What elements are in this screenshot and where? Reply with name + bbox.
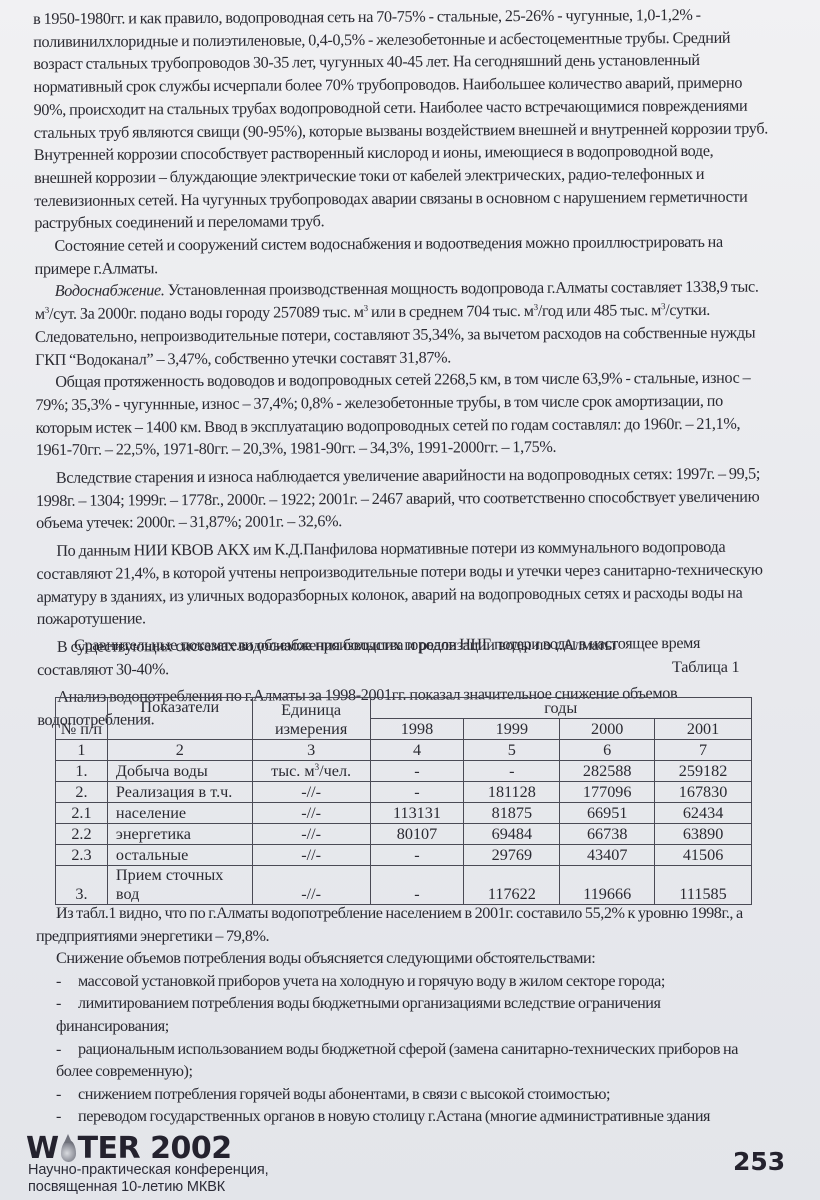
water-2002-logo: WTER 2002 [26, 1134, 232, 1164]
table-row: 2.2энергетика-//-80107694846673863890 [56, 824, 752, 845]
header-num: № п/п [56, 698, 108, 740]
list-item: -массовой установкой приборов учета на х… [36, 970, 776, 993]
after-table-text: Из табл.1 видно, что по г.Алматы водопот… [36, 902, 776, 1128]
paragraph-table-conclusion: Из табл.1 видно, что по г.Алматы водопот… [36, 902, 776, 947]
paragraph-water-supply: Водоснабжение. Установленная производств… [35, 276, 776, 371]
paragraph-reasons-intro: Снижение объемов потребления воды объясн… [36, 947, 776, 970]
page-number: 253 [733, 1147, 785, 1176]
list-item: -лимитированием потребления воды бюджетн… [36, 992, 776, 1037]
table-caption: Сравнительные показатели объемов произво… [74, 636, 615, 655]
header-year: 1998 [370, 719, 464, 740]
water-supply-label: Водоснабжение. [55, 282, 165, 301]
conference-subtitle: Научно-практическая конференция, посвяще… [28, 1162, 269, 1196]
document-page: в 1950-1980гг. и как правило, водопровод… [0, 0, 820, 1200]
list-item: -переводом государственных органов в нов… [36, 1105, 776, 1128]
table-number: Таблица 1 [672, 658, 739, 677]
header-year: 2001 [655, 719, 752, 740]
data-table: № п/п Показатели Единица измерения годы … [55, 697, 752, 905]
paragraph-normative-losses: По данным НИИ КВОВ АКХ им К.Д.Панфилова … [36, 536, 777, 631]
paragraph-pipes: в 1950-1980гг. и как правило, водопровод… [33, 3, 774, 235]
header-years: годы [370, 698, 751, 719]
table-row: 2.Реализация в т.ч.-//--1811281770961678… [56, 782, 752, 803]
paragraph-network-length: Общая протяженность водоводов и водопров… [35, 367, 776, 462]
table-row: 1.Добыча водытыс. м3/чел.--282588259182 [56, 761, 752, 782]
header-indicator: Показатели [107, 698, 252, 740]
table-row: 2.1население-//-113131818756695162434 [56, 803, 752, 824]
body-text: в 1950-1980гг. и как правило, водопровод… [33, 3, 777, 731]
reasons-list: -массовой установкой приборов учета на х… [36, 970, 776, 1128]
water-drop-icon [61, 1140, 76, 1162]
header-unit: Единица измерения [252, 698, 370, 740]
paragraph-almaty-intro: Состояние сетей и сооружений систем водо… [34, 231, 774, 281]
unit-cell: тыс. м3/чел. [252, 761, 370, 782]
paragraph-accidents: Вследствие старения и износа наблюдается… [36, 463, 776, 536]
table-row: 2.3остальные-//--297694340741506 [56, 845, 752, 866]
list-item: -рациональным использованием воды бюджет… [36, 1038, 776, 1083]
table-row: 3.Прием сточных вод-//--1176221196661115… [56, 866, 752, 905]
header-year: 2000 [560, 719, 655, 740]
index-row: 1 2 3 4 5 6 7 [56, 740, 752, 761]
header-year: 1999 [464, 719, 560, 740]
list-item: -снижением потребления горячей воды абон… [36, 1083, 776, 1106]
